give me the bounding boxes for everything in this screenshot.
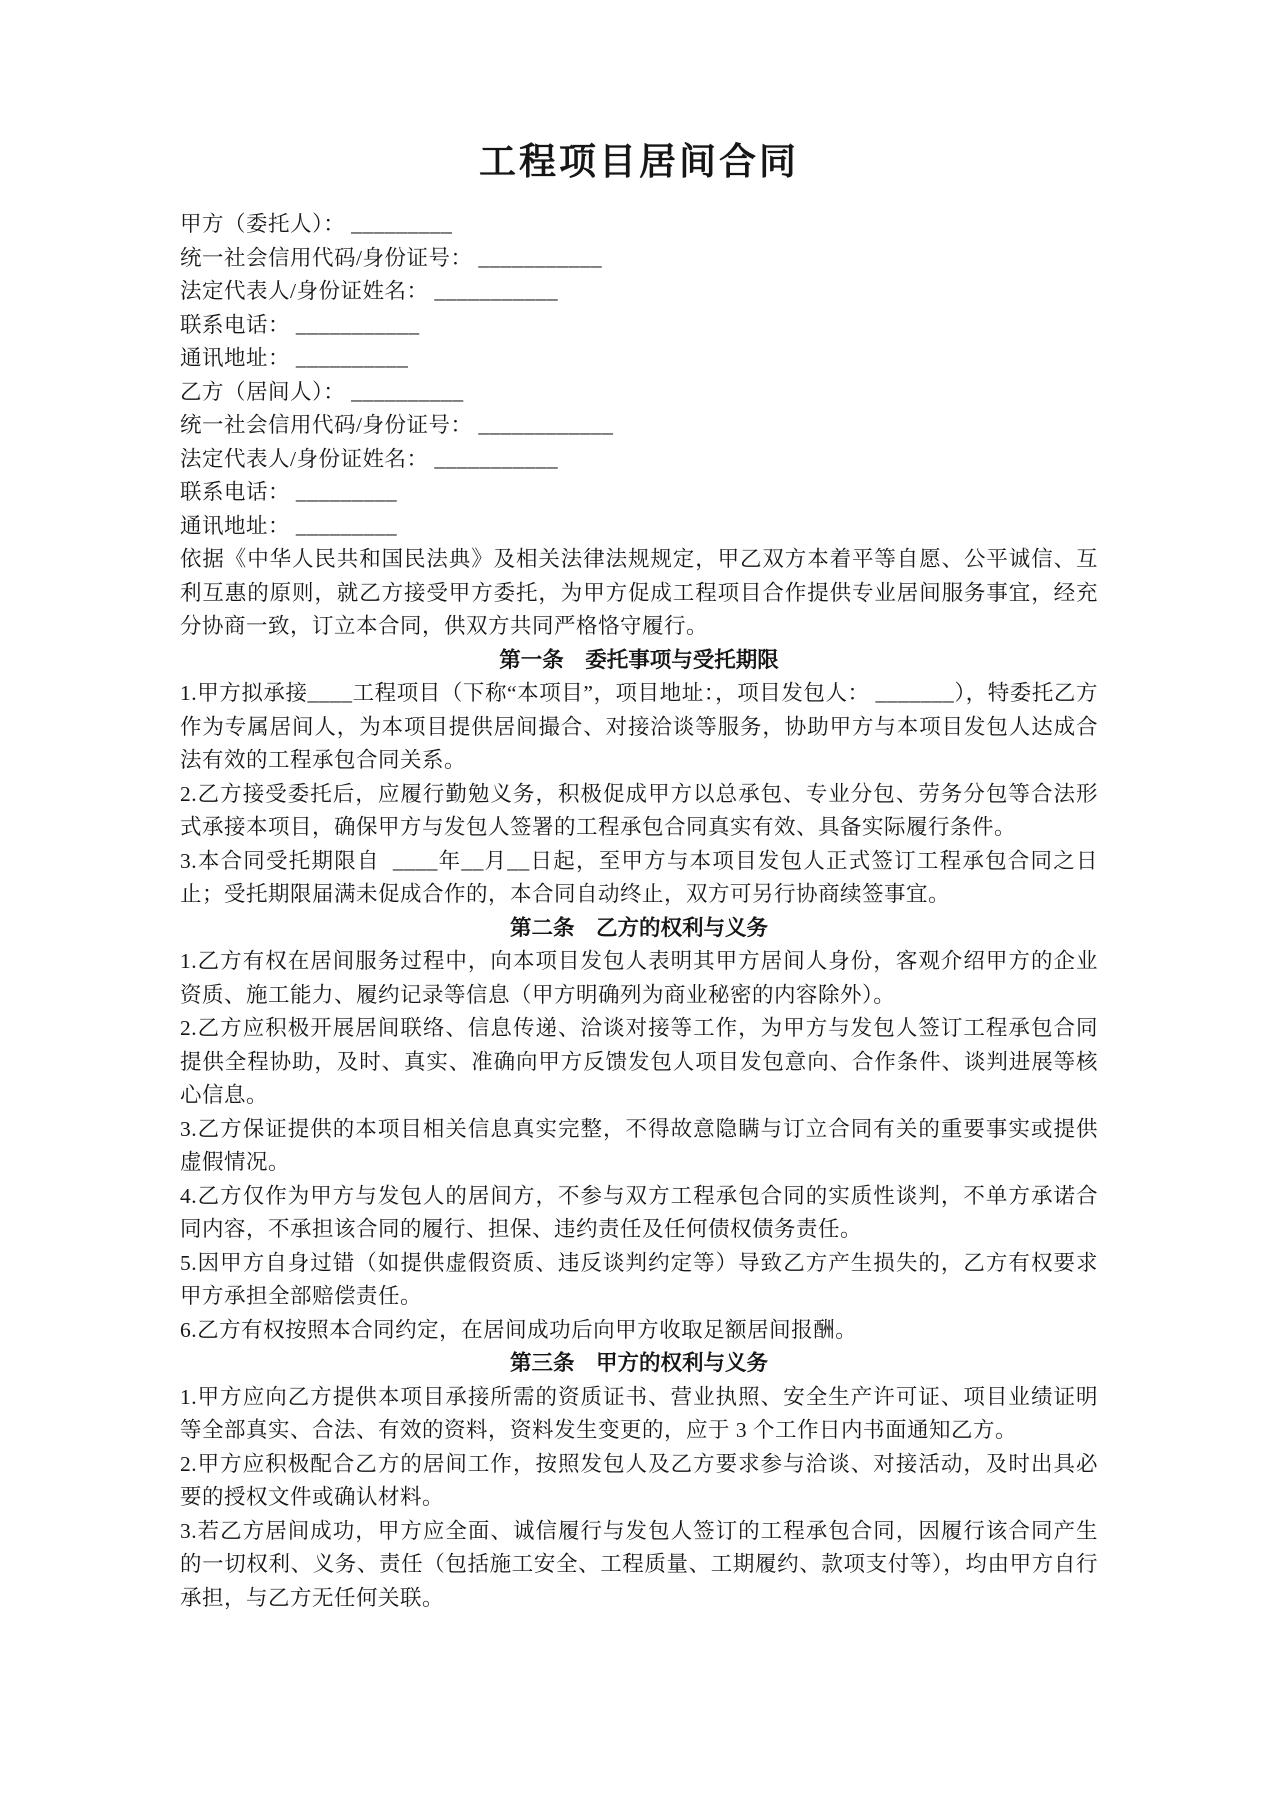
- field-party-a-phone: 联系电话： ___________: [180, 309, 1098, 343]
- article-2-clause-5: 5.因甲方自身过错（如提供虚假资质、违反谈判约定等）导致乙方产生损失的，乙方有权…: [180, 1247, 1098, 1314]
- article-1-heading: 第一条 委托事项与受托期限: [180, 644, 1098, 678]
- article-2-clause-1: 1.乙方有权在居间服务过程中，向本项目发包人表明其甲方居间人身份，客观介绍甲方的…: [180, 945, 1098, 1012]
- article-3-heading: 第三条 甲方的权利与义务: [180, 1347, 1098, 1381]
- article-2-clause-2: 2.乙方应积极开展居间联络、信息传递、洽谈对接等工作，为甲方与发包人签订工程承包…: [180, 1012, 1098, 1113]
- article-2-clause-6: 6.乙方有权按照本合同约定，在居间成功后向甲方收取足额居间报酬。: [180, 1314, 1098, 1348]
- field-party-b-legal-rep: 法定代表人/身份证姓名： ___________: [180, 443, 1098, 477]
- article-2-clause-4: 4.乙方仅作为甲方与发包人的居间方，不参与双方工程承包合同的实质性谈判，不单方承…: [180, 1180, 1098, 1247]
- article-3-clause-1: 1.甲方应向乙方提供本项目承接所需的资质证书、营业执照、安全生产许可证、项目业绩…: [180, 1381, 1098, 1448]
- article-3-clause-3: 3.若乙方居间成功，甲方应全面、诚信履行与发包人签订的工程承包合同，因履行该合同…: [180, 1515, 1098, 1616]
- party-info-block: 甲方（委托人）： _________ 统一社会信用代码/身份证号： ______…: [180, 208, 1098, 543]
- article-3-clause-2: 2.甲方应积极配合乙方的居间工作，按照发包人及乙方要求参与洽谈、对接活动，及时出…: [180, 1448, 1098, 1515]
- field-party-b-phone: 联系电话： _________: [180, 476, 1098, 510]
- article-2-heading: 第二条 乙方的权利与义务: [180, 912, 1098, 946]
- article-2-clause-3: 3.乙方保证提供的本项目相关信息真实完整，不得故意隐瞒与订立合同有关的重要事实或…: [180, 1113, 1098, 1180]
- contract-document-page: 工程项目居间合同 甲方（委托人）： _________ 统一社会信用代码/身份证…: [0, 0, 1280, 1811]
- field-party-a-credit-code: 统一社会信用代码/身份证号： ___________: [180, 242, 1098, 276]
- article-1-clause-2: 2.乙方接受委托后，应履行勤勉义务，积极促成甲方以总承包、专业分包、劳务分包等合…: [180, 778, 1098, 845]
- article-1-clause-3: 3.本合同受托期限自 ____年__月__日起，至甲方与本项目发包人正式签订工程…: [180, 845, 1098, 912]
- field-party-a-legal-rep: 法定代表人/身份证姓名： ___________: [180, 275, 1098, 309]
- field-party-a-name: 甲方（委托人）： _________: [180, 208, 1098, 242]
- field-party-b-credit-code: 统一社会信用代码/身份证号： ____________: [180, 409, 1098, 443]
- field-party-b-address: 通讯地址： _________: [180, 510, 1098, 544]
- article-1-clause-1: 1.甲方拟承接____工程项目（下称“本项目”，项目地址：，项目发包人： ___…: [180, 677, 1098, 778]
- intro-paragraph: 依据《中华人民共和国民法典》及相关法律法规规定，甲乙双方本着平等自愿、公平诚信、…: [180, 543, 1098, 644]
- field-party-b-name: 乙方（居间人）： __________: [180, 376, 1098, 410]
- contract-title: 工程项目居间合同: [180, 140, 1098, 186]
- field-party-a-address: 通讯地址： __________: [180, 342, 1098, 376]
